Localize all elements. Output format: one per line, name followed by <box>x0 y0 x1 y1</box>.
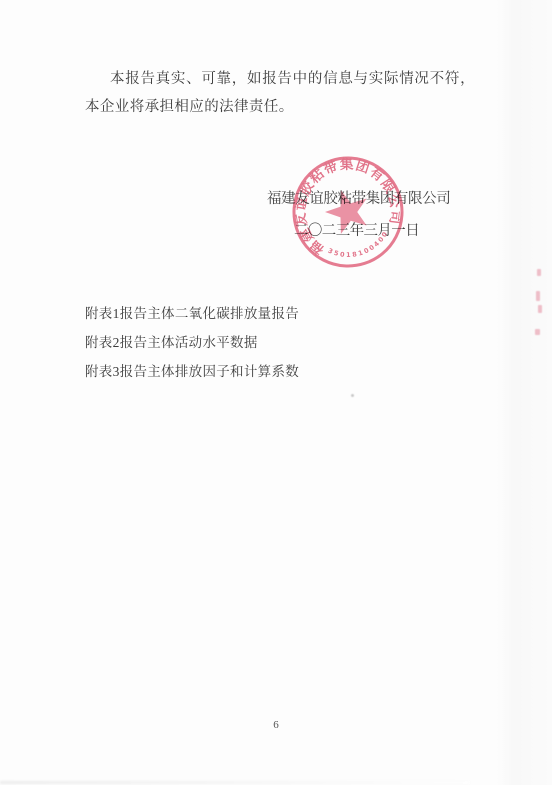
seal-star-icon <box>320 183 375 236</box>
page-number: 6 <box>0 719 552 731</box>
attachment-item-1: 附表1报告主体二氧化碳排放量报告 <box>85 299 299 328</box>
attachment-list: 附表1报告主体二氧化碳排放量报告 附表2报告主体活动水平数据 附表3报告主体排放… <box>85 299 299 386</box>
stamp-bleed-mark <box>537 269 541 276</box>
stamp-bleed-mark <box>538 305 542 313</box>
declaration-paragraph: 本报告真实、可靠，如报告中的信息与实际情况不符，本企业将承担相应的法律责任。 <box>85 65 475 121</box>
stamp-bleed-mark <box>536 291 540 301</box>
attachment-item-3: 附表3报告主体排放因子和计算系数 <box>85 357 299 386</box>
seal-serial-number: 35018100400 <box>325 228 394 267</box>
stamp-bleed-mark <box>535 329 540 335</box>
attachment-item-2: 附表2报告主体活动水平数据 <box>85 328 299 357</box>
company-seal-stamp: 福建友谊胶粘带集团有限公司 35018100400 <box>288 152 408 272</box>
document-page: 本报告真实、可靠，如报告中的信息与实际情况不符，本企业将承担相应的法律责任。 福… <box>0 0 552 785</box>
scan-speck-artifact <box>351 394 354 397</box>
scan-bottom-edge-artifact <box>0 781 470 784</box>
